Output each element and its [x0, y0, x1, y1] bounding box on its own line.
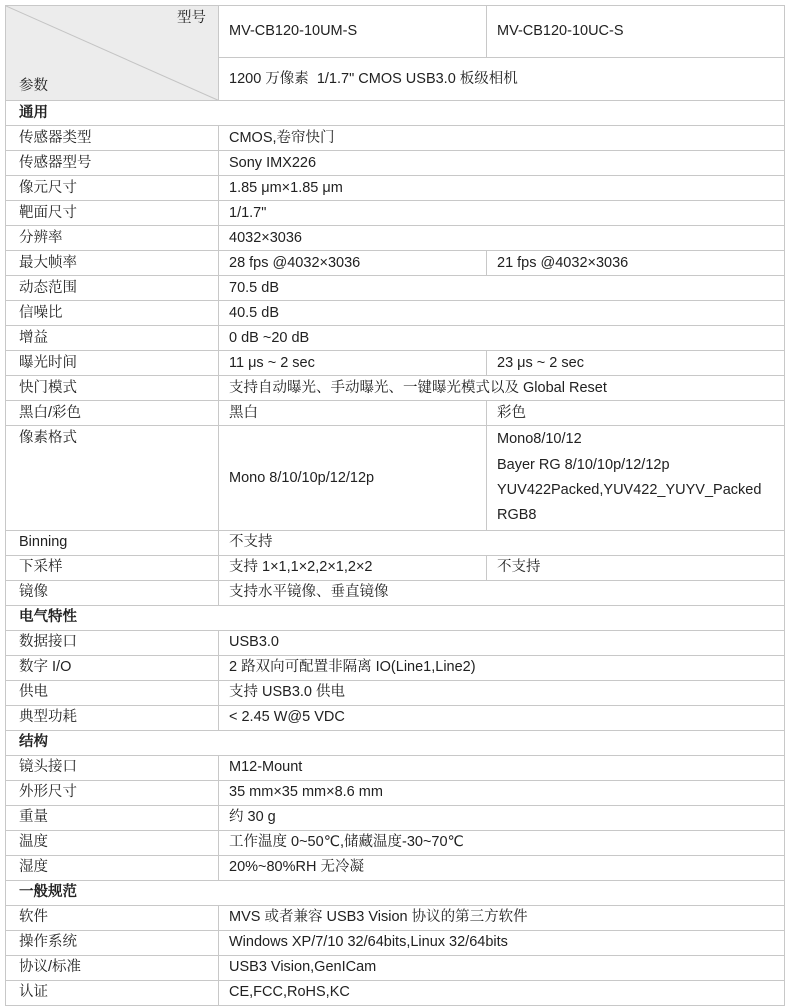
param-label: 数据接口 [6, 630, 219, 655]
spec-row: 传感器型号Sony IMX226 [6, 151, 785, 176]
section-label: 结构 [6, 730, 785, 755]
model-name-2: MV-CB120-10UC-S [487, 6, 785, 58]
param-value: Mono 8/10/10p/12/12p [219, 426, 487, 531]
spec-row: 数字 I/O2 路双向可配置非隔离 IO(Line1,Line2) [6, 655, 785, 680]
param-label: 分辨率 [6, 226, 219, 251]
section-row: 一般规范 [6, 880, 785, 905]
param-value: 支持水平镜像、垂直镜像 [219, 580, 785, 605]
param-value: 1/1.7" [219, 201, 785, 226]
param-label: 下采样 [6, 555, 219, 580]
param-value: 40.5 dB [219, 301, 785, 326]
param-value: 约 30 g [219, 805, 785, 830]
param-label: 像元尺寸 [6, 176, 219, 201]
param-label: 传感器型号 [6, 151, 219, 176]
spec-row: 镜头接口M12-Mount [6, 755, 785, 780]
corner-label-model: 型号 [177, 9, 206, 28]
camera-description: 1200 万像素 1/1.7" CMOS USB3.0 板级相机 [219, 58, 785, 101]
param-value: 黑白 [219, 401, 487, 426]
param-value: 支持 1×1,1×2,2×1,2×2 [219, 555, 487, 580]
param-value: 28 fps @4032×3036 [219, 251, 487, 276]
param-label: 操作系统 [6, 930, 219, 955]
param-label: 供电 [6, 680, 219, 705]
param-label: 认证 [6, 980, 219, 1005]
value-line: Mono8/10/12 [497, 427, 774, 452]
spec-row: 最大帧率28 fps @4032×303621 fps @4032×3036 [6, 251, 785, 276]
param-label: 软件 [6, 905, 219, 930]
corner-cell: 型号 参数 [6, 6, 219, 101]
spec-row: 镜像支持水平镜像、垂直镜像 [6, 580, 785, 605]
param-label: 协议/标准 [6, 955, 219, 980]
param-label: 外形尺寸 [6, 780, 219, 805]
spec-row: 湿度20%~80%RH 无冷凝 [6, 855, 785, 880]
param-label: 曝光时间 [6, 351, 219, 376]
section-row: 电气特性 [6, 605, 785, 630]
spec-row: 像元尺寸1.85 μm×1.85 μm [6, 176, 785, 201]
param-value: 1.85 μm×1.85 μm [219, 176, 785, 201]
param-value: 70.5 dB [219, 276, 785, 301]
param-value: USB3 Vision,GenICam [219, 955, 785, 980]
spec-row: 数据接口USB3.0 [6, 630, 785, 655]
param-label: 温度 [6, 830, 219, 855]
section-label: 通用 [6, 101, 785, 126]
param-label: 靶面尺寸 [6, 201, 219, 226]
param-label: 增益 [6, 326, 219, 351]
spec-row: 协议/标准USB3 Vision,GenICam [6, 955, 785, 980]
param-label: 镜像 [6, 580, 219, 605]
param-value: 35 mm×35 mm×8.6 mm [219, 780, 785, 805]
param-label: 数字 I/O [6, 655, 219, 680]
param-value: USB3.0 [219, 630, 785, 655]
param-label: 黑白/彩色 [6, 401, 219, 426]
model-name-1: MV-CB120-10UM-S [219, 6, 487, 58]
param-value: 不支持 [487, 555, 785, 580]
spec-row: 软件MVS 或者兼容 USB3 Vision 协议的第三方软件 [6, 905, 785, 930]
value-line: RGB8 [497, 503, 774, 528]
param-value: 4032×3036 [219, 226, 785, 251]
model-header-row: 型号 参数 MV-CB120-10UM-S MV-CB120-10UC-S [6, 6, 785, 58]
param-label: 像素格式 [6, 426, 219, 531]
spec-row: 曝光时间11 μs ~ 2 sec23 μs ~ 2 sec [6, 351, 785, 376]
spec-row: 动态范围70.5 dB [6, 276, 785, 301]
section-label: 电气特性 [6, 605, 785, 630]
spec-rows: 通用传感器类型CMOS,卷帘快门传感器型号Sony IMX226像元尺寸1.85… [6, 101, 785, 1006]
spec-row: 像素格式Mono 8/10/10p/12/12pMono8/10/12Bayer… [6, 426, 785, 531]
param-label: 快门模式 [6, 376, 219, 401]
corner-label-param: 参数 [19, 77, 48, 96]
spec-row: 增益0 dB ~20 dB [6, 326, 785, 351]
param-label: 最大帧率 [6, 251, 219, 276]
param-label: 信噪比 [6, 301, 219, 326]
param-value: 支持自动曝光、手动曝光、一键曝光模式以及 Global Reset [219, 376, 785, 401]
param-value: 工作温度 0~50℃,储藏温度-30~70℃ [219, 830, 785, 855]
param-label: 传感器类型 [6, 126, 219, 151]
param-value: 21 fps @4032×3036 [487, 251, 785, 276]
spec-row: 典型功耗< 2.45 W@5 VDC [6, 705, 785, 730]
spec-row: 重量约 30 g [6, 805, 785, 830]
param-value: MVS 或者兼容 USB3 Vision 协议的第三方软件 [219, 905, 785, 930]
section-row: 通用 [6, 101, 785, 126]
spec-row: 分辨率4032×3036 [6, 226, 785, 251]
value-line: Bayer RG 8/10/10p/12/12p [497, 453, 774, 478]
param-value: 彩色 [487, 401, 785, 426]
param-value: 23 μs ~ 2 sec [487, 351, 785, 376]
spec-row: 外形尺寸35 mm×35 mm×8.6 mm [6, 780, 785, 805]
param-value: CMOS,卷帘快门 [219, 126, 785, 151]
spec-row: 靶面尺寸1/1.7" [6, 201, 785, 226]
param-value: 11 μs ~ 2 sec [219, 351, 487, 376]
spec-row: 快门模式支持自动曝光、手动曝光、一键曝光模式以及 Global Reset [6, 376, 785, 401]
param-value: Windows XP/7/10 32/64bits,Linux 32/64bit… [219, 930, 785, 955]
param-value: Sony IMX226 [219, 151, 785, 176]
param-label: 湿度 [6, 855, 219, 880]
spec-row: 传感器类型CMOS,卷帘快门 [6, 126, 785, 151]
param-value: 2 路双向可配置非隔离 IO(Line1,Line2) [219, 655, 785, 680]
spec-row: 下采样支持 1×1,1×2,2×1,2×2不支持 [6, 555, 785, 580]
section-row: 结构 [6, 730, 785, 755]
param-value: Mono8/10/12Bayer RG 8/10/10p/12/12pYUV42… [487, 426, 785, 531]
spec-row: 操作系统Windows XP/7/10 32/64bits,Linux 32/6… [6, 930, 785, 955]
param-label: 动态范围 [6, 276, 219, 301]
param-value: CE,FCC,RoHS,KC [219, 980, 785, 1005]
spec-row: 温度工作温度 0~50℃,储藏温度-30~70℃ [6, 830, 785, 855]
param-label: 重量 [6, 805, 219, 830]
param-value: 支持 USB3.0 供电 [219, 680, 785, 705]
spec-row: 认证CE,FCC,RoHS,KC [6, 980, 785, 1005]
spec-row: Binning不支持 [6, 530, 785, 555]
param-value: M12-Mount [219, 755, 785, 780]
param-value: 0 dB ~20 dB [219, 326, 785, 351]
spec-row: 信噪比40.5 dB [6, 301, 785, 326]
param-label: Binning [6, 530, 219, 555]
spec-row: 供电支持 USB3.0 供电 [6, 680, 785, 705]
spec-row: 黑白/彩色黑白彩色 [6, 401, 785, 426]
param-value: < 2.45 W@5 VDC [219, 705, 785, 730]
param-label: 镜头接口 [6, 755, 219, 780]
param-value: 不支持 [219, 530, 785, 555]
camera-spec-table: 型号 参数 MV-CB120-10UM-S MV-CB120-10UC-S 12… [5, 5, 785, 1006]
value-line: YUV422Packed,YUV422_YUYV_Packed [497, 478, 774, 503]
section-label: 一般规范 [6, 880, 785, 905]
param-value: 20%~80%RH 无冷凝 [219, 855, 785, 880]
param-label: 典型功耗 [6, 705, 219, 730]
